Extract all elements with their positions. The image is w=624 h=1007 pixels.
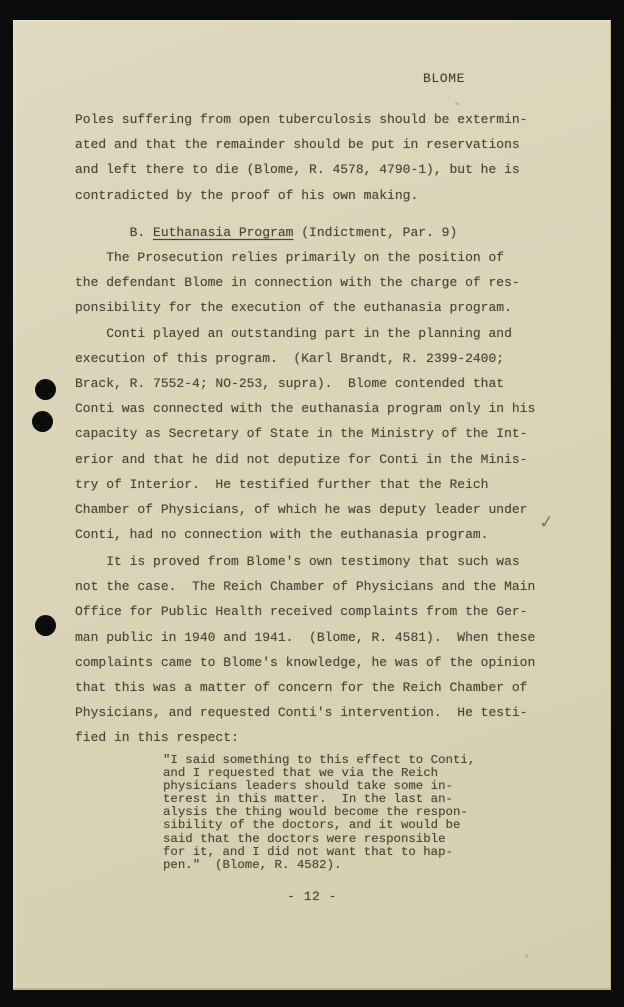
- text-line: try of Interior. He testified further th…: [75, 472, 535, 497]
- text-line: The Prosecution relies primarily on the …: [75, 245, 535, 270]
- text-line: Conti, had no connection with the euthan…: [75, 522, 535, 547]
- text-line: for it, and I did not want that to hap-: [163, 846, 475, 859]
- paper-speckle: [173, 661, 176, 664]
- text-line: man public in 1940 and 1941. (Blome, R. …: [75, 625, 535, 650]
- text-line: the defendant Blome in connection with t…: [75, 270, 535, 295]
- section-heading-title-underlined: Euthanasia Program: [153, 225, 293, 240]
- text-line: Brack, R. 7552-4; NO-253, supra). Blome …: [75, 371, 535, 396]
- text-line: It is proved from Blome's own testimony …: [75, 549, 535, 574]
- text-line: and left there to die (Blome, R. 4578, 4…: [75, 157, 527, 182]
- text-line: Chamber of Physicians, of which he was d…: [75, 497, 535, 522]
- text-line: said that the doctors were responsible: [163, 833, 475, 846]
- hole-punch-3: [35, 615, 56, 636]
- text-line: ated and that the remainder should be pu…: [75, 132, 527, 157]
- text-line: complaints came to Blome's knowledge, he…: [75, 650, 535, 675]
- text-line: execution of this program. (Karl Brandt,…: [75, 346, 535, 371]
- text-line: Physicians, and requested Conti's interv…: [75, 700, 535, 725]
- text-line: contradicted by the proof of his own mak…: [75, 183, 527, 208]
- text-line: Office for Public Health received compla…: [75, 599, 535, 624]
- hole-punch-2: [32, 411, 53, 432]
- blockquote-testimony: "I said something to this effect to Cont…: [163, 754, 475, 872]
- text-line: not the case. The Reich Chamber of Physi…: [75, 574, 535, 599]
- section-heading: B. Euthanasia Program (Indictment, Par. …: [75, 220, 457, 245]
- paper-speckle: [455, 102, 459, 105]
- section-heading-prefix: B.: [75, 225, 153, 240]
- paragraph-euthanasia-position: The Prosecution relies primarily on the …: [75, 245, 535, 547]
- page-number: - 12 -: [13, 889, 611, 904]
- text-line: Conti played an outstanding part in the …: [75, 321, 535, 346]
- text-line: Poles suffering from open tuberculosis s…: [75, 107, 527, 132]
- checkmark-annotation: ✓: [538, 511, 555, 533]
- text-line: pen." (Blome, R. 4582).: [163, 859, 475, 872]
- paragraph-intro: Poles suffering from open tuberculosis s…: [75, 107, 527, 208]
- text-line: erior and that he did not deputize for C…: [75, 447, 535, 472]
- document-header-label: BLOME: [423, 71, 465, 86]
- paper-speckle: [525, 954, 528, 958]
- text-line: fied in this respect:: [75, 725, 535, 750]
- text-line: capacity as Secretary of State in the Mi…: [75, 421, 535, 446]
- hole-punch-1: [35, 379, 56, 400]
- section-heading-suffix: (Indictment, Par. 9): [293, 225, 457, 240]
- text-line: sibility of the doctors, and it would be: [163, 819, 475, 832]
- text-line: ponsibility for the execution of the eut…: [75, 295, 535, 320]
- paragraph-testimony: It is proved from Blome's own testimony …: [75, 549, 535, 751]
- document-page: BLOME Poles suffering from open tubercul…: [13, 20, 611, 990]
- text-line: Conti was connected with the euthanasia …: [75, 396, 535, 421]
- text-line: that this was a matter of concern for th…: [75, 675, 535, 700]
